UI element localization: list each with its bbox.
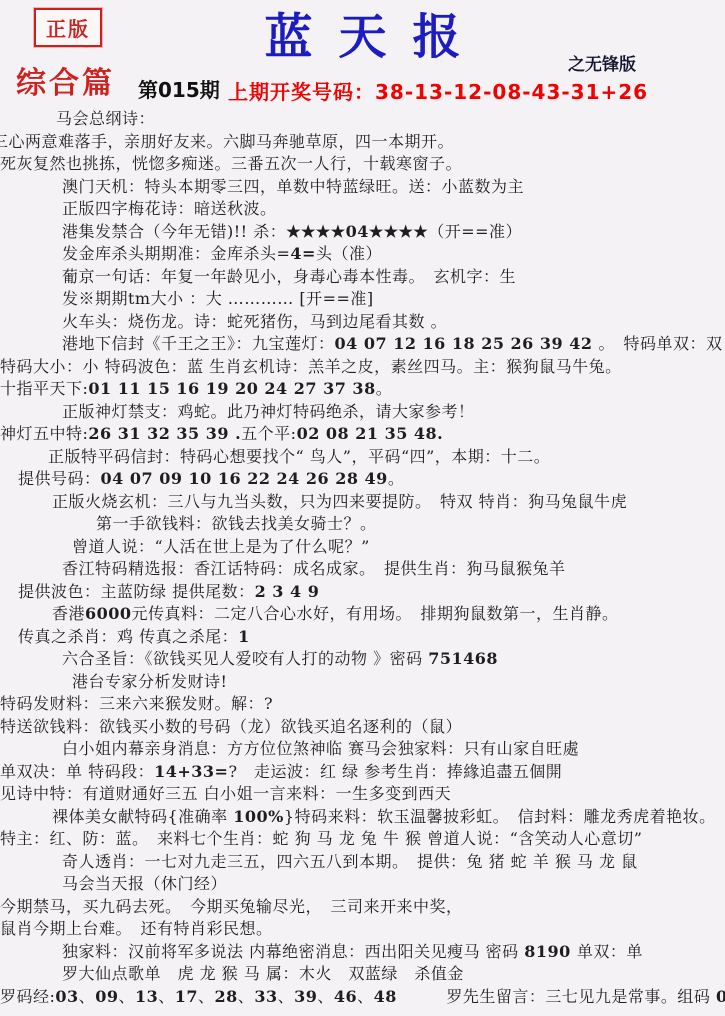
text-line-33: 特主：红、防：蓝。 来料七个生肖：蛇 狗 马 龙 兔 牛 猴 曾道人说：“含笑动… xyxy=(0,828,725,851)
text-line-4: 澳门天机：特头本期零三四，单数中特蓝绿旺。送：小蓝数为主 xyxy=(0,176,725,199)
tips-text-block: 马会总纲诗：三心两意难落手，亲朋好友来。六脚马奔驰草原，四一本期开。死灰复然也挑… xyxy=(0,106,725,1016)
text-line-26: 港台专家分析发财诗! xyxy=(0,671,725,694)
text-line-16: 正版特平码信封：特码心想要找个“ 鸟人”，平码“四”，本期：十二。 xyxy=(0,446,725,469)
text-line-17: 提供号码：04 07 09 10 16 22 24 26 28 49。 xyxy=(0,468,725,491)
text-line-24: 传真之杀肖：鸡 传真之杀尾：1 xyxy=(0,626,725,649)
text-line-30: 单双决：单 特码段：14+33=? 走运波：红 绿 参考生肖：捧緣追盡五個開 xyxy=(0,761,725,784)
text-line-35: 马会当天报（休门经） xyxy=(0,873,725,896)
text-line-9: 发※期期tm大小 ：大 ………… [开==准] xyxy=(0,288,725,311)
text-line-19: 第一手欲钱料：欲钱去找美女骑士？。 xyxy=(0,513,725,536)
text-line-39: 罗大仙点歌单 虎 龙 猴 马 属：木火 双蓝绿 杀值金 xyxy=(0,963,725,986)
text-line-38: 独家料：汉前将军多说法 内幕绝密消息：西出阳关见瘦马 密码 8190 单双：单 xyxy=(0,941,725,964)
text-line-37: 鼠肖今期上台难。 还有特肖彩民想。 xyxy=(0,918,725,941)
text-line-15: 神灯五中特:26 31 32 35 39 .五个平:02 08 21 35 48… xyxy=(0,423,725,446)
text-line-36: 今期禁马，买九码去死。 今期买兔输尽光， 三司来开来中奖， xyxy=(0,896,725,919)
text-line-29: 白小姐内幕亲身消息：方方位位煞神临 赛马会独家料：只有山家自旺處 xyxy=(0,738,725,761)
last-draw-label: 上期开奖号码： xyxy=(228,80,375,104)
text-line-32: 裸体美女献特码{准确率 100%}特码来料：软玉温馨披彩虹。 信封料：雕龙秀虎着… xyxy=(0,806,725,829)
text-line-28: 特送欲钱料：欲钱买小数的号码（龙）欲钱买追名逐利的（鼠） xyxy=(0,716,725,739)
newspaper-page: 正版 蓝天报 之无锋版 综合篇 第015期 上期开奖号码：38-13-12-08… xyxy=(0,0,725,1016)
text-line-1: 马会总纲诗： xyxy=(0,108,725,131)
text-line-34: 奇人透肖：一七对九走三五，四六五八到本期。 提供：兔 猪 蛇 羊 猴 马 龙 鼠 xyxy=(0,851,725,874)
text-line-22: 提供波色：主蓝防绿 提供尾数：2 3 4 9 xyxy=(0,581,725,604)
text-line-10: 火车头：烧伤龙。诗：蛇死猪伤，马到边尾看其数 。 xyxy=(0,311,725,334)
text-line-5: 正版四字梅花诗：暗送秋波。 xyxy=(0,198,725,221)
text-line-7: 发金库杀头期期准：金库杀头=4=头（准） xyxy=(0,243,725,266)
last-draw-numbers: 38-13-12-08-43-31+26 xyxy=(375,80,648,104)
last-draw: 上期开奖号码：38-13-12-08-43-31+26 xyxy=(228,76,648,105)
text-line-8: 葡京一句话：年复一年龄见小，身毒心毒本性毒。 玄机字：生 xyxy=(0,266,725,289)
text-line-23: 香港6000元传真料：二定八合心水好，有用场。 排期狗鼠数第一，生肖静。 xyxy=(0,603,725,626)
text-line-6: 港集发禁合（今年无错)!! 杀：★★★★04★★★★（开==准） xyxy=(0,221,725,244)
text-line-21: 香江特码精选报：香江话特码：成名成家。 提供生肖：狗马鼠猴兔羊 xyxy=(0,558,725,581)
text-line-12: 特码大小：小 特码波色：蓝 生肖玄机诗：羔羊之皮，素丝四马。主：猴狗鼠马牛兔。 xyxy=(0,356,725,379)
issue-number: 第015期 xyxy=(138,74,220,103)
masthead: 正版 蓝天报 之无锋版 综合篇 第015期 上期开奖号码：38-13-12-08… xyxy=(0,0,725,106)
text-line-11: 港地下信封《千王之王》：九宝莲灯：04 07 12 16 18 25 26 39… xyxy=(0,333,725,356)
text-line-25: 六合圣旨：《欲钱买见人爱咬有人打的动物 》密码 751468 xyxy=(0,648,725,671)
text-line-20: 曾道人说：“人活在世上是为了什么呢？” xyxy=(0,536,725,559)
text-line-31: 见诗中特：有道财通好三五 白小姐一言来料：一生多变到西天 xyxy=(0,783,725,806)
text-line-3: 死灰复然也挑拣，恍惚多痴迷。三番五次一人行，十载寒窗子。 xyxy=(0,153,725,176)
text-line-13: 十指平天下:01 11 15 16 19 20 24 27 37 38。 xyxy=(0,378,725,401)
text-line-2: 三心两意难落手，亲朋好友来。六脚马奔驰草原，四一本期开。 xyxy=(0,131,725,154)
section-label: 综合篇 xyxy=(16,58,115,102)
text-line-14: 正版神灯禁支：鸡蛇。此乃神灯特码绝杀，请大家参考！ xyxy=(0,401,725,424)
text-line-18: 正版火烧玄机：三八与九当头数，只为四来要提防。 特双 特肖：狗马兔鼠牛虎 xyxy=(0,491,725,514)
edition-label: 之无锋版 xyxy=(568,50,636,75)
text-line-27: 特码发财料：三来六来猴发财。解：? xyxy=(0,693,725,716)
